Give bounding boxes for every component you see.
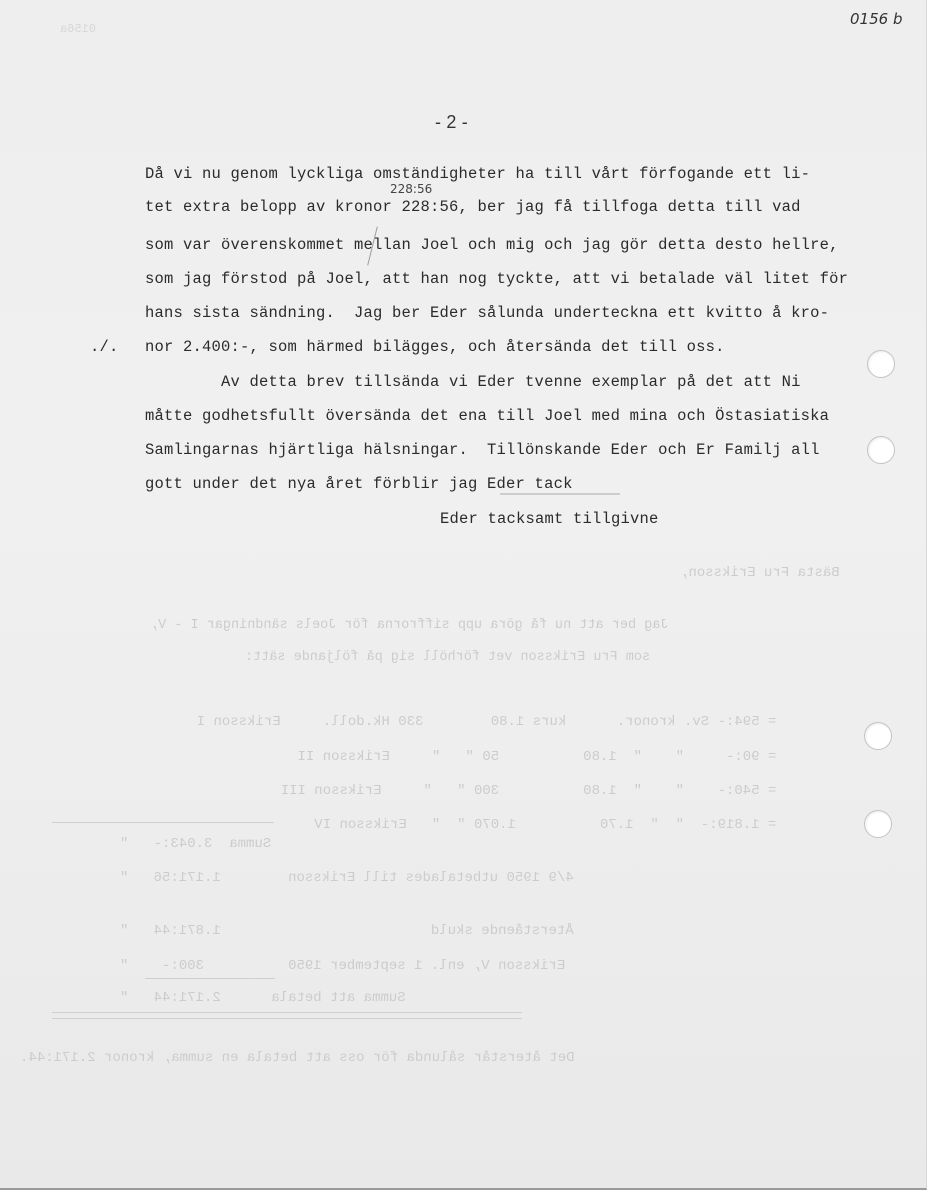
ghost-paid: 4/9 1950 utbetalades till Eriksson 1.171…: [120, 870, 574, 886]
punch-hole-2: [867, 436, 895, 464]
tack-underline: [500, 493, 620, 495]
ghost-intro-line-2: som Fru Eriksson vet förhöll sig på följ…: [245, 650, 650, 665]
handwritten-correction: 228:56: [390, 182, 432, 196]
archive-number: 0156 b: [850, 10, 902, 28]
punch-hole-4: [864, 810, 892, 838]
ghost-eriksson-v: Eriksson V, enl. 1 september 1950 300:- …: [120, 958, 565, 974]
page-number: - 2 -: [435, 112, 468, 133]
ghost-corner-number: 0156a: [60, 22, 96, 36]
body-line-5: hans sista sändning. Jag ber Eder sålund…: [145, 304, 829, 322]
ghost-summa: Summa 3.043:- ": [120, 836, 271, 852]
ghost-rule-2: [145, 978, 275, 979]
body-line-1: Då vi nu genom lyckliga omständigheter h…: [145, 165, 810, 183]
closing: Eder tacksamt tillgivne: [440, 510, 659, 528]
body-line-6: nor 2.400:-, som härmed bilägges, och åt…: [145, 338, 725, 356]
document-page: 0156a Bästa Fru Eriksson, Jag ber att nu…: [0, 0, 927, 1190]
body-line-10: gott under det nya året förblir jag Eder…: [145, 475, 573, 493]
body-line-2: tet extra belopp av kronor 228:56, ber j…: [145, 198, 801, 216]
body-line-7: Av detta brev tillsända vi Eder tvenne e…: [145, 373, 801, 391]
ghost-rule-1: [52, 822, 274, 823]
ghost-total: Summa att betala 2.171:44 ": [120, 990, 406, 1006]
body-line-3: som var överenskommet mellan Joel och mi…: [145, 236, 839, 254]
body-line-8: måtte godhetsfullt översända det ena til…: [145, 407, 829, 425]
body-line-4: som jag förstod på Joel, att han nog tyc…: [145, 270, 848, 288]
ghost-final: Det återstår sålunda för oss att betala …: [20, 1050, 575, 1066]
punch-hole-1: [867, 350, 895, 378]
body-line-9: Samlingarnas hjärtliga hälsningar. Tillö…: [145, 441, 820, 459]
ghost-remaining: Återstående skuld 1.871:44 ": [120, 923, 574, 939]
margin-mark: ./.: [90, 338, 119, 356]
punch-hole-3: [864, 722, 892, 750]
ghost-rule-4: [52, 1018, 522, 1019]
ghost-rule-3: [52, 1012, 522, 1013]
ghost-salutation: Bästa Fru Eriksson,: [680, 565, 840, 581]
ghost-intro-line-1: Jag ber att nu få göra upp siffrorna för…: [150, 618, 668, 633]
